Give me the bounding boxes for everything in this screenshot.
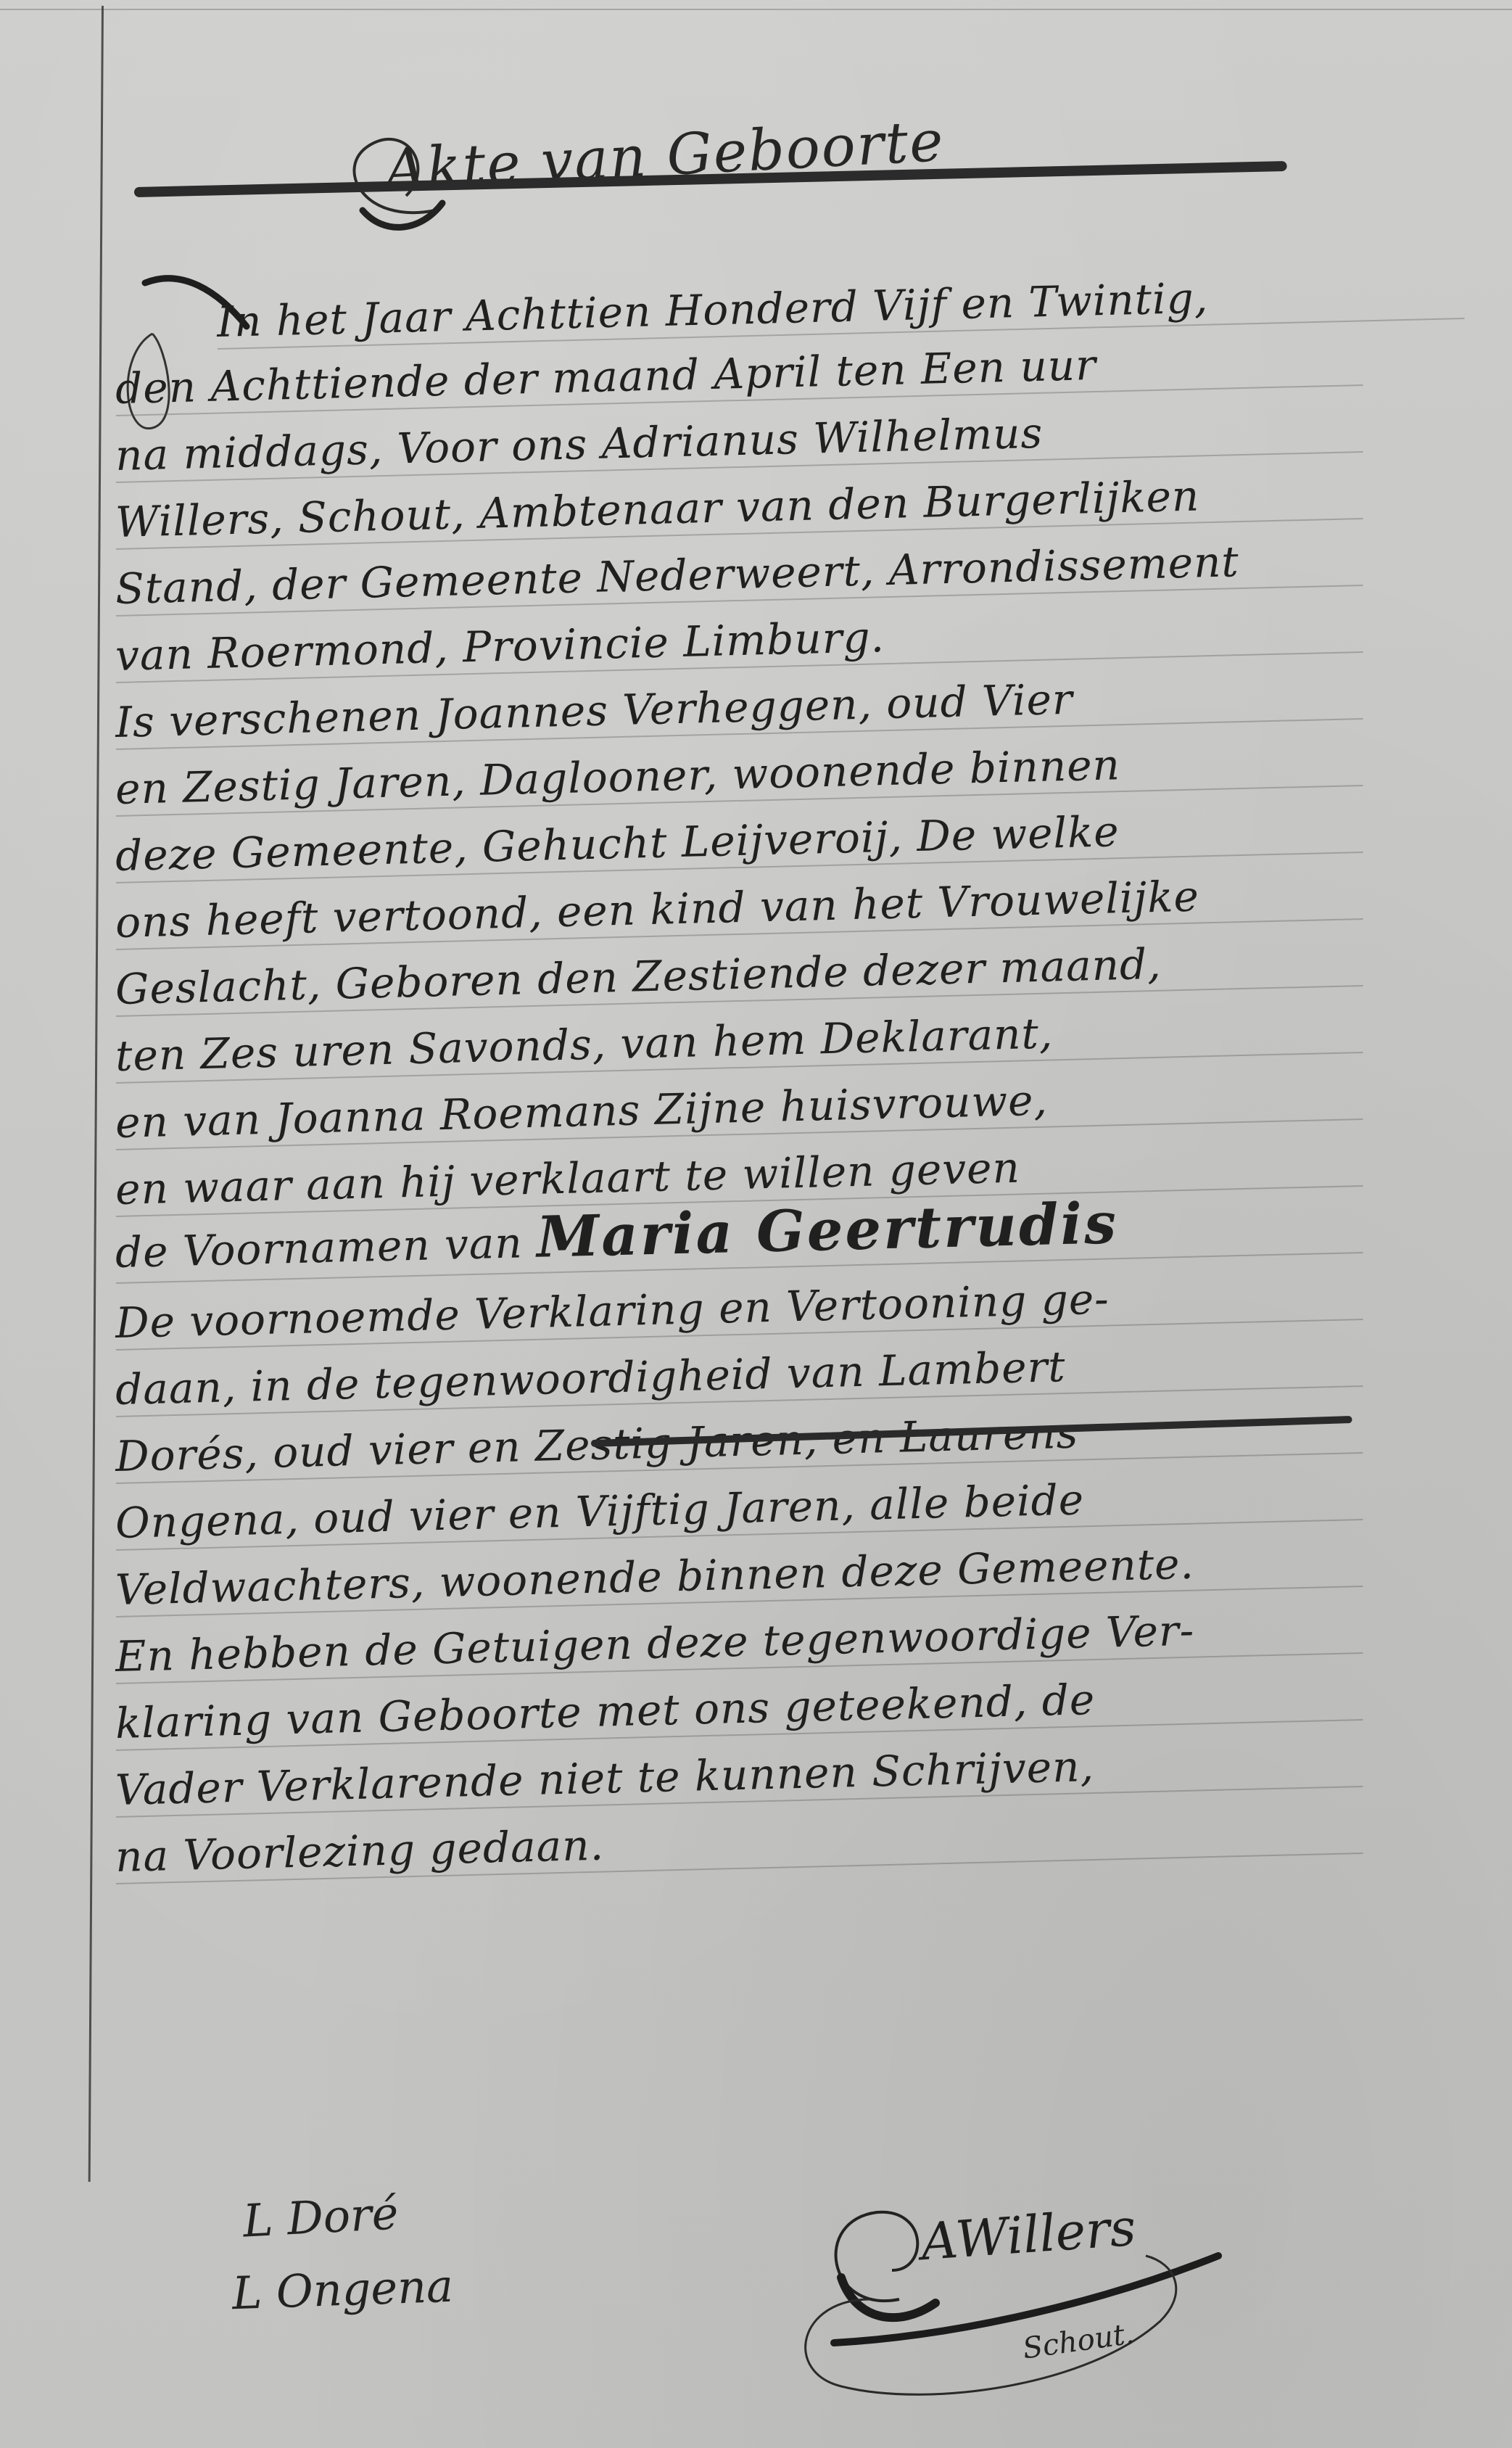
record-line: ons heeft vertoond, een kind van het Vro…: [116, 891, 1421, 957]
officer-signature-block: AWillers Schout.: [783, 2176, 1363, 2408]
record-line: na middags, Voor ons Adrianus Wilhelmus: [116, 424, 1421, 490]
record-line: klaring van Geboorte met ons geteekend, …: [116, 1691, 1421, 1758]
record-line: ten Zes uren Savonds, van hem Deklarant,: [116, 1024, 1421, 1091]
record-line: en Zestig Jaren, Daglooner, woonende bin…: [116, 757, 1421, 824]
record-body: In het Jaar Achttien Honderd Vijf en Twi…: [116, 290, 1421, 1892]
record-line: van Roermond, Provincie Limburg.: [116, 624, 1421, 691]
record-line: na Voorlezing gedaan.: [116, 1825, 1421, 1892]
record-line: deze Gemeente, Gehucht Leijveroij, De we…: [116, 824, 1421, 891]
record-line: daan, in de tegenwoordigheid van Lambert: [116, 1358, 1421, 1425]
record-line: Vader Verklarende niet te kunnen Schrijv…: [116, 1758, 1421, 1825]
record-line: Ongena, oud vier en Vijftig Jaren, alle …: [116, 1491, 1421, 1558]
witness-signature-1: L Doré: [241, 2186, 400, 2247]
record-line: Geslacht, Geboren den Zestiende dezer ma…: [116, 957, 1421, 1024]
page-top-edge: [0, 9, 1512, 10]
child-name: Maria Geertrudis: [536, 1190, 1119, 1271]
document-page: Akte van Geboorte In het Jaar Achttien H…: [0, 0, 1512, 2448]
record-line: Is verschenen Joannes Verheggen, oud Vie…: [116, 691, 1421, 757]
record-line: De voornoemde Verklaring en Vertooning g…: [116, 1291, 1421, 1358]
record-line: en van Joanna Roemans Zijne huisvrouwe,: [116, 1091, 1421, 1158]
given-names-label: de Voornamen van: [115, 1218, 523, 1277]
record-line: den Achttiende der maand April ten Een u…: [116, 357, 1421, 424]
record-line: de Voornamen van Maria Geertrudis: [116, 1224, 1421, 1291]
record-line: En hebben de Getuigen deze tegenwoordige…: [116, 1625, 1421, 1691]
record-line: Stand, der Gemeente Nederweert, Arrondis…: [116, 557, 1421, 624]
record-line: Veldwachters, woonende binnen deze Gemee…: [116, 1558, 1421, 1625]
witness-signature-2: L Ongena: [231, 2259, 454, 2320]
